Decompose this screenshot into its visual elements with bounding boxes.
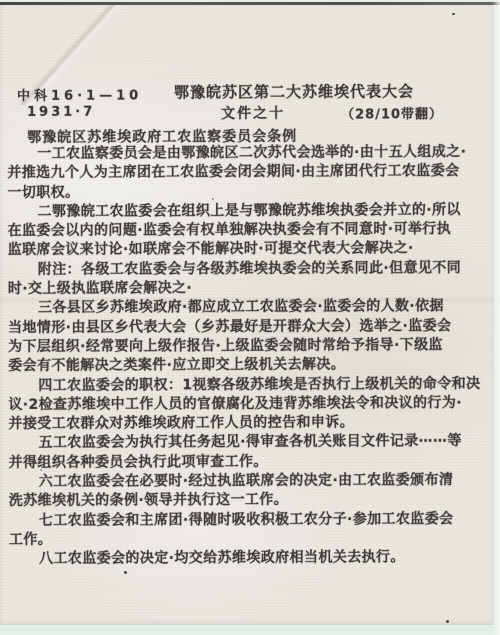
text-line: 并推选九个人为主席团在工农监委会闭会期间·由主席团代行工农监委会 — [7, 162, 487, 183]
archive-number: 中科16·1—10 — [17, 84, 142, 104]
text-line: 六工农监委会在必要时·经过执监联席会的决定·由工农监委颁布清 — [9, 471, 489, 492]
text-line: 八工农监委会的决定·均交给苏维埃政府相当机关去执行。 — [9, 548, 489, 569]
text-line: 时·交上级执监联席会解决之· — [8, 278, 488, 299]
copy-note: （28/10带翻） — [341, 103, 443, 122]
document-number-label: 文件之十 — [221, 103, 285, 123]
document-text-layer: 中科16·1—10 鄂豫皖苏区第二大苏维埃代表大会 1931·7 文件之十 （2… — [0, 0, 500, 635]
text-line: 监联席会议来讨论·如联席会不能解决时·可提交代表大会解决之· — [8, 239, 488, 260]
text-line: 四工农监委会的职权：1视察各级苏维埃是否执行上级机关的命令和决 — [8, 375, 488, 396]
text-line: 一工农监察委员会是由鄂豫皖区二次苏代会选举的·由十五人组成之· — [7, 143, 487, 164]
scanned-document-page: 中科16·1—10 鄂豫皖苏区第二大苏维埃代表大会 1931·7 文件之十 （2… — [0, 0, 500, 635]
text-line: 并得组织各种委员会执行此项审查工作。 — [9, 452, 489, 473]
text-line: 工作。 — [9, 529, 489, 550]
text-line: 当地情形·由县区乡代表大会（乡苏最好是开群众大会）选举之·监委会 — [8, 317, 488, 338]
text-line: 七工农监委会和主席团·得随时吸收积极工农分子·参加工农监委会 — [9, 510, 489, 531]
text-line: 洗苏维埃机关的条例·领导并执行这一工作。 — [9, 490, 489, 511]
text-line: 三各县区乡苏维埃政府·都应成立工农监委会·监委会的人数·依据 — [8, 297, 488, 318]
text-line: 并接受工农群众对苏维埃政府工作人员的控告和申诉。 — [8, 413, 488, 434]
text-line: 在监委会以内的问题·监委会有权单独解决执委会有不同意时·可举行执 — [8, 220, 488, 241]
text-line: 附注：各级工农监委会与各级苏维埃执委会的关系同此·但意见不同 — [8, 259, 488, 280]
text-line: 五工农监委会为执行其任务起见·得审查各机关账目文件记录⋯⋯等 — [9, 432, 489, 453]
document-lines: 一工农监察委员会是由鄂豫皖区二次苏代会选举的·由十五人组成之·并推选九个人为主席… — [7, 143, 489, 575]
text-line: 委会有不能解决之类案件·应立即交上级机关去解决。 — [8, 355, 488, 376]
conference-title: 鄂豫皖苏区第二大苏维埃代表大会 — [174, 80, 414, 102]
text-line: 为下层组织·经常要向上级作报告·上级监委会随时常给予指导·下级监 — [8, 336, 488, 357]
text-line: 二鄂豫皖工农监委会在组织上是与鄂豫皖苏维埃执委会并立的·所以 — [7, 201, 487, 222]
text-line: 一切职权。 — [7, 182, 487, 203]
document-date: 1931·7 — [27, 105, 95, 120]
text-line: 议·2检查苏维埃中工作人员的官僚腐化及违背苏维埃法令和决议的行为· — [8, 394, 488, 415]
